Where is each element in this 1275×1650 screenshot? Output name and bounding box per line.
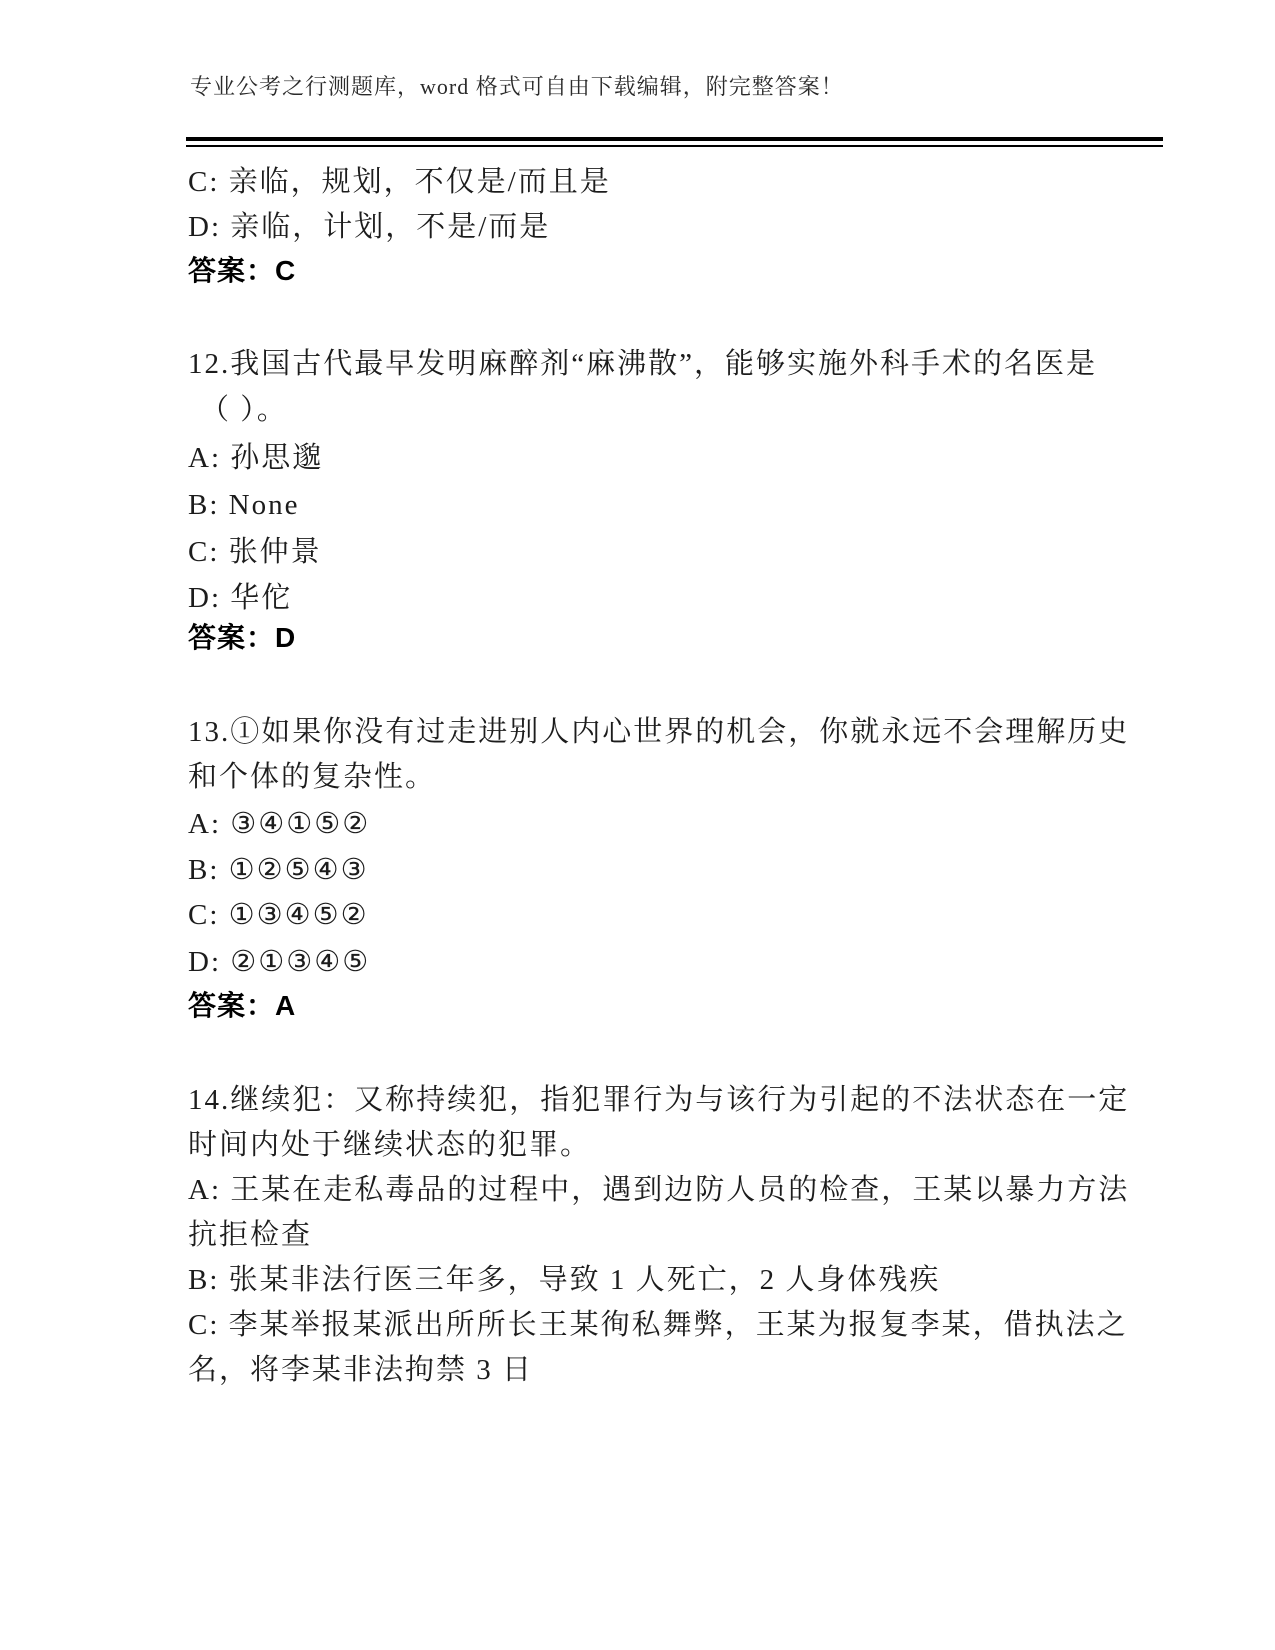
q13-option-d: D: ②①③④⑤ [188,946,370,978]
q12-option-b: B: None [188,489,299,521]
q12-answer: 答案：D [188,622,296,654]
q12-stem-line-2: （ ）。 [200,394,288,426]
q14-option-c-line-1: C: 李某举报某派出所所长王某徇私舞弊，王某为报复李某，借执法之 [188,1309,1128,1341]
q13-stem-line-2: 和个体的复杂性。 [188,761,436,793]
q14-stem-line-2: 时间内处于继续状态的犯罪。 [188,1129,591,1161]
q12-option-d: D: 华佗 [188,582,292,614]
q14-option-a-line-2: 抗拒检查 [188,1219,312,1251]
header-divider [186,137,1163,147]
q12-stem-line-1: 12.我国古代最早发明麻醉剂“麻沸散”，能够实施外科手术的名医是 [188,348,1097,380]
q12-option-c: C: 张仲景 [188,536,322,568]
q14-stem-line-1: 14.继续犯：又称持续犯，指犯罪行为与该行为引起的不法状态在一定 [188,1084,1129,1116]
q13-stem-line-1: 13.①如果你没有过走进别人内心世界的机会，你就永远不会理解历史 [188,716,1129,748]
q13-option-b: B: ①②⑤④③ [188,854,369,886]
q12-option-a: A: 孙思邈 [188,442,323,474]
q14-option-a-line-1: A: 王某在走私毒品的过程中，遇到边防人员的检查，王某以暴力方法 [188,1174,1129,1206]
q11-option-d: D: 亲临，计划，不是/而是 [188,211,550,243]
document-page: 专业公考之行测题库，word 格式可自由下载编辑，附完整答案！ C: 亲临，规划… [0,0,1275,1650]
header-title: 专业公考之行测题库，word 格式可自由下载编辑，附完整答案！ [190,72,844,102]
q14-option-c-line-2: 名，将李某非法拘禁 3 日 [188,1354,533,1386]
q13-option-c: C: ①③④⑤② [188,899,369,931]
q13-answer: 答案：A [188,990,296,1022]
q13-option-a: A: ③④①⑤② [188,808,370,840]
q11-option-c: C: 亲临，规划，不仅是/而且是 [188,166,611,198]
q11-answer: 答案：C [188,255,296,287]
q14-option-b: B: 张某非法行医三年多，导致 1 人死亡，2 人身体残疾 [188,1264,940,1296]
